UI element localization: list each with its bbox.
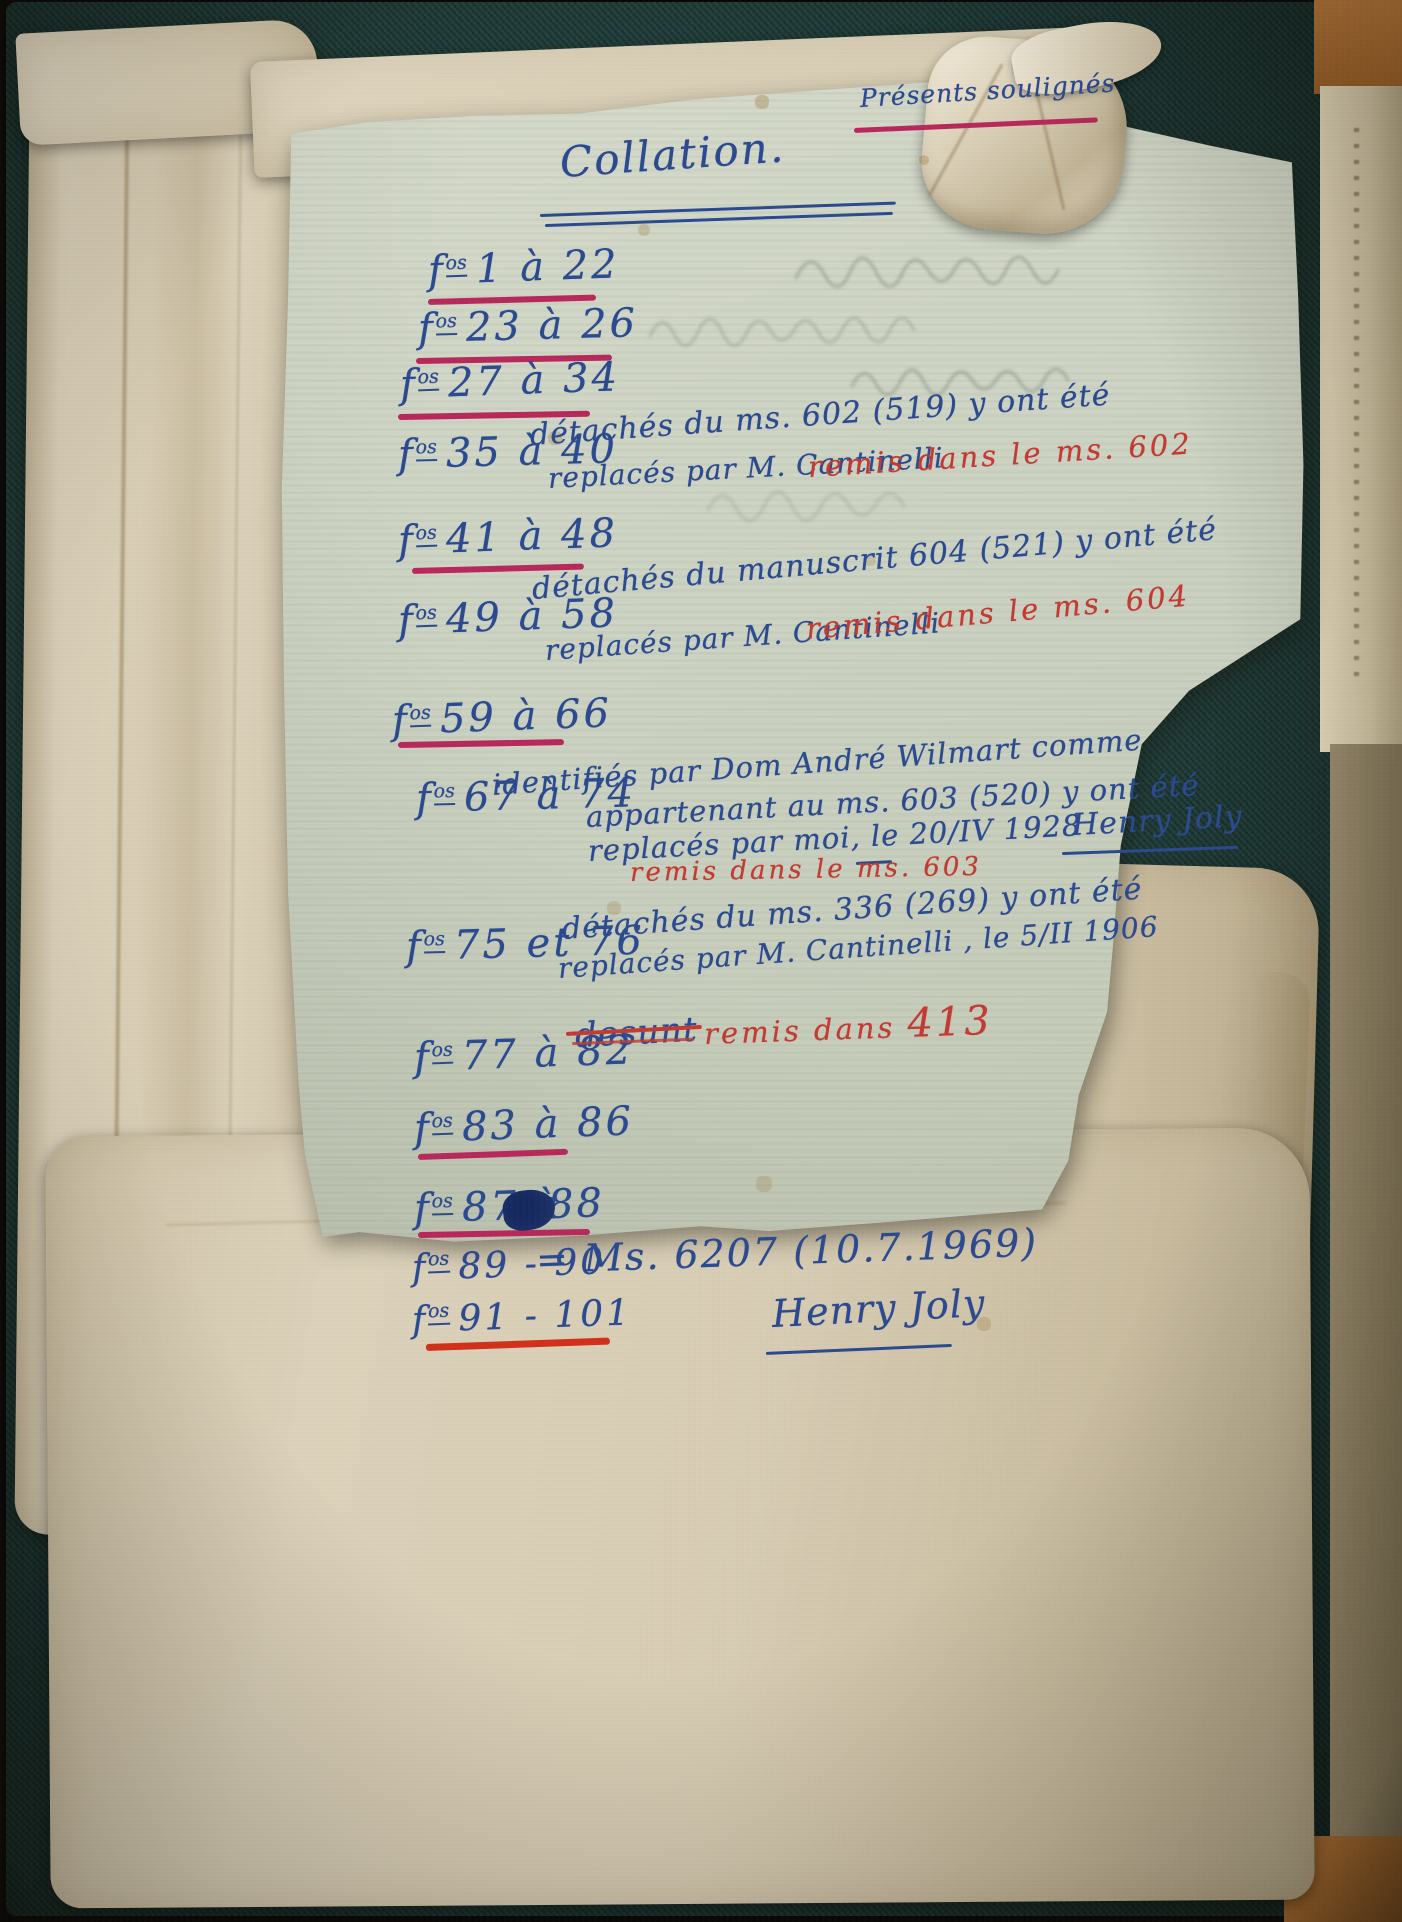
spine-strip-top bbox=[1314, 0, 1402, 94]
entry-folio: fos1 à 22 bbox=[427, 241, 620, 294]
entry-folio: fos83 à 86 bbox=[413, 1098, 635, 1152]
show-through-writing bbox=[642, 300, 942, 358]
photo-of-manuscript-flyleaf: Collation. Présents soulignés fos1 à 22 … bbox=[0, 0, 1402, 1922]
spine-strip-label bbox=[1320, 86, 1402, 752]
entry-folio: fos41 à 48 bbox=[397, 510, 619, 564]
entry-folio-after-blot: 88 bbox=[547, 1180, 605, 1228]
entry-folio: fos91 - 101 bbox=[411, 1292, 632, 1341]
entry-folio: fos59 à 66 bbox=[391, 690, 613, 744]
spine-strip-lower bbox=[1330, 744, 1402, 1848]
show-through-writing bbox=[788, 238, 1118, 300]
entry-folio: fos23 à 26 bbox=[417, 300, 638, 352]
entry-red-note: remis dans le ms. 603 bbox=[630, 852, 982, 888]
entry-folio: fos27 à 34 bbox=[399, 354, 621, 408]
foxing-stains bbox=[0, 0, 4, 4]
